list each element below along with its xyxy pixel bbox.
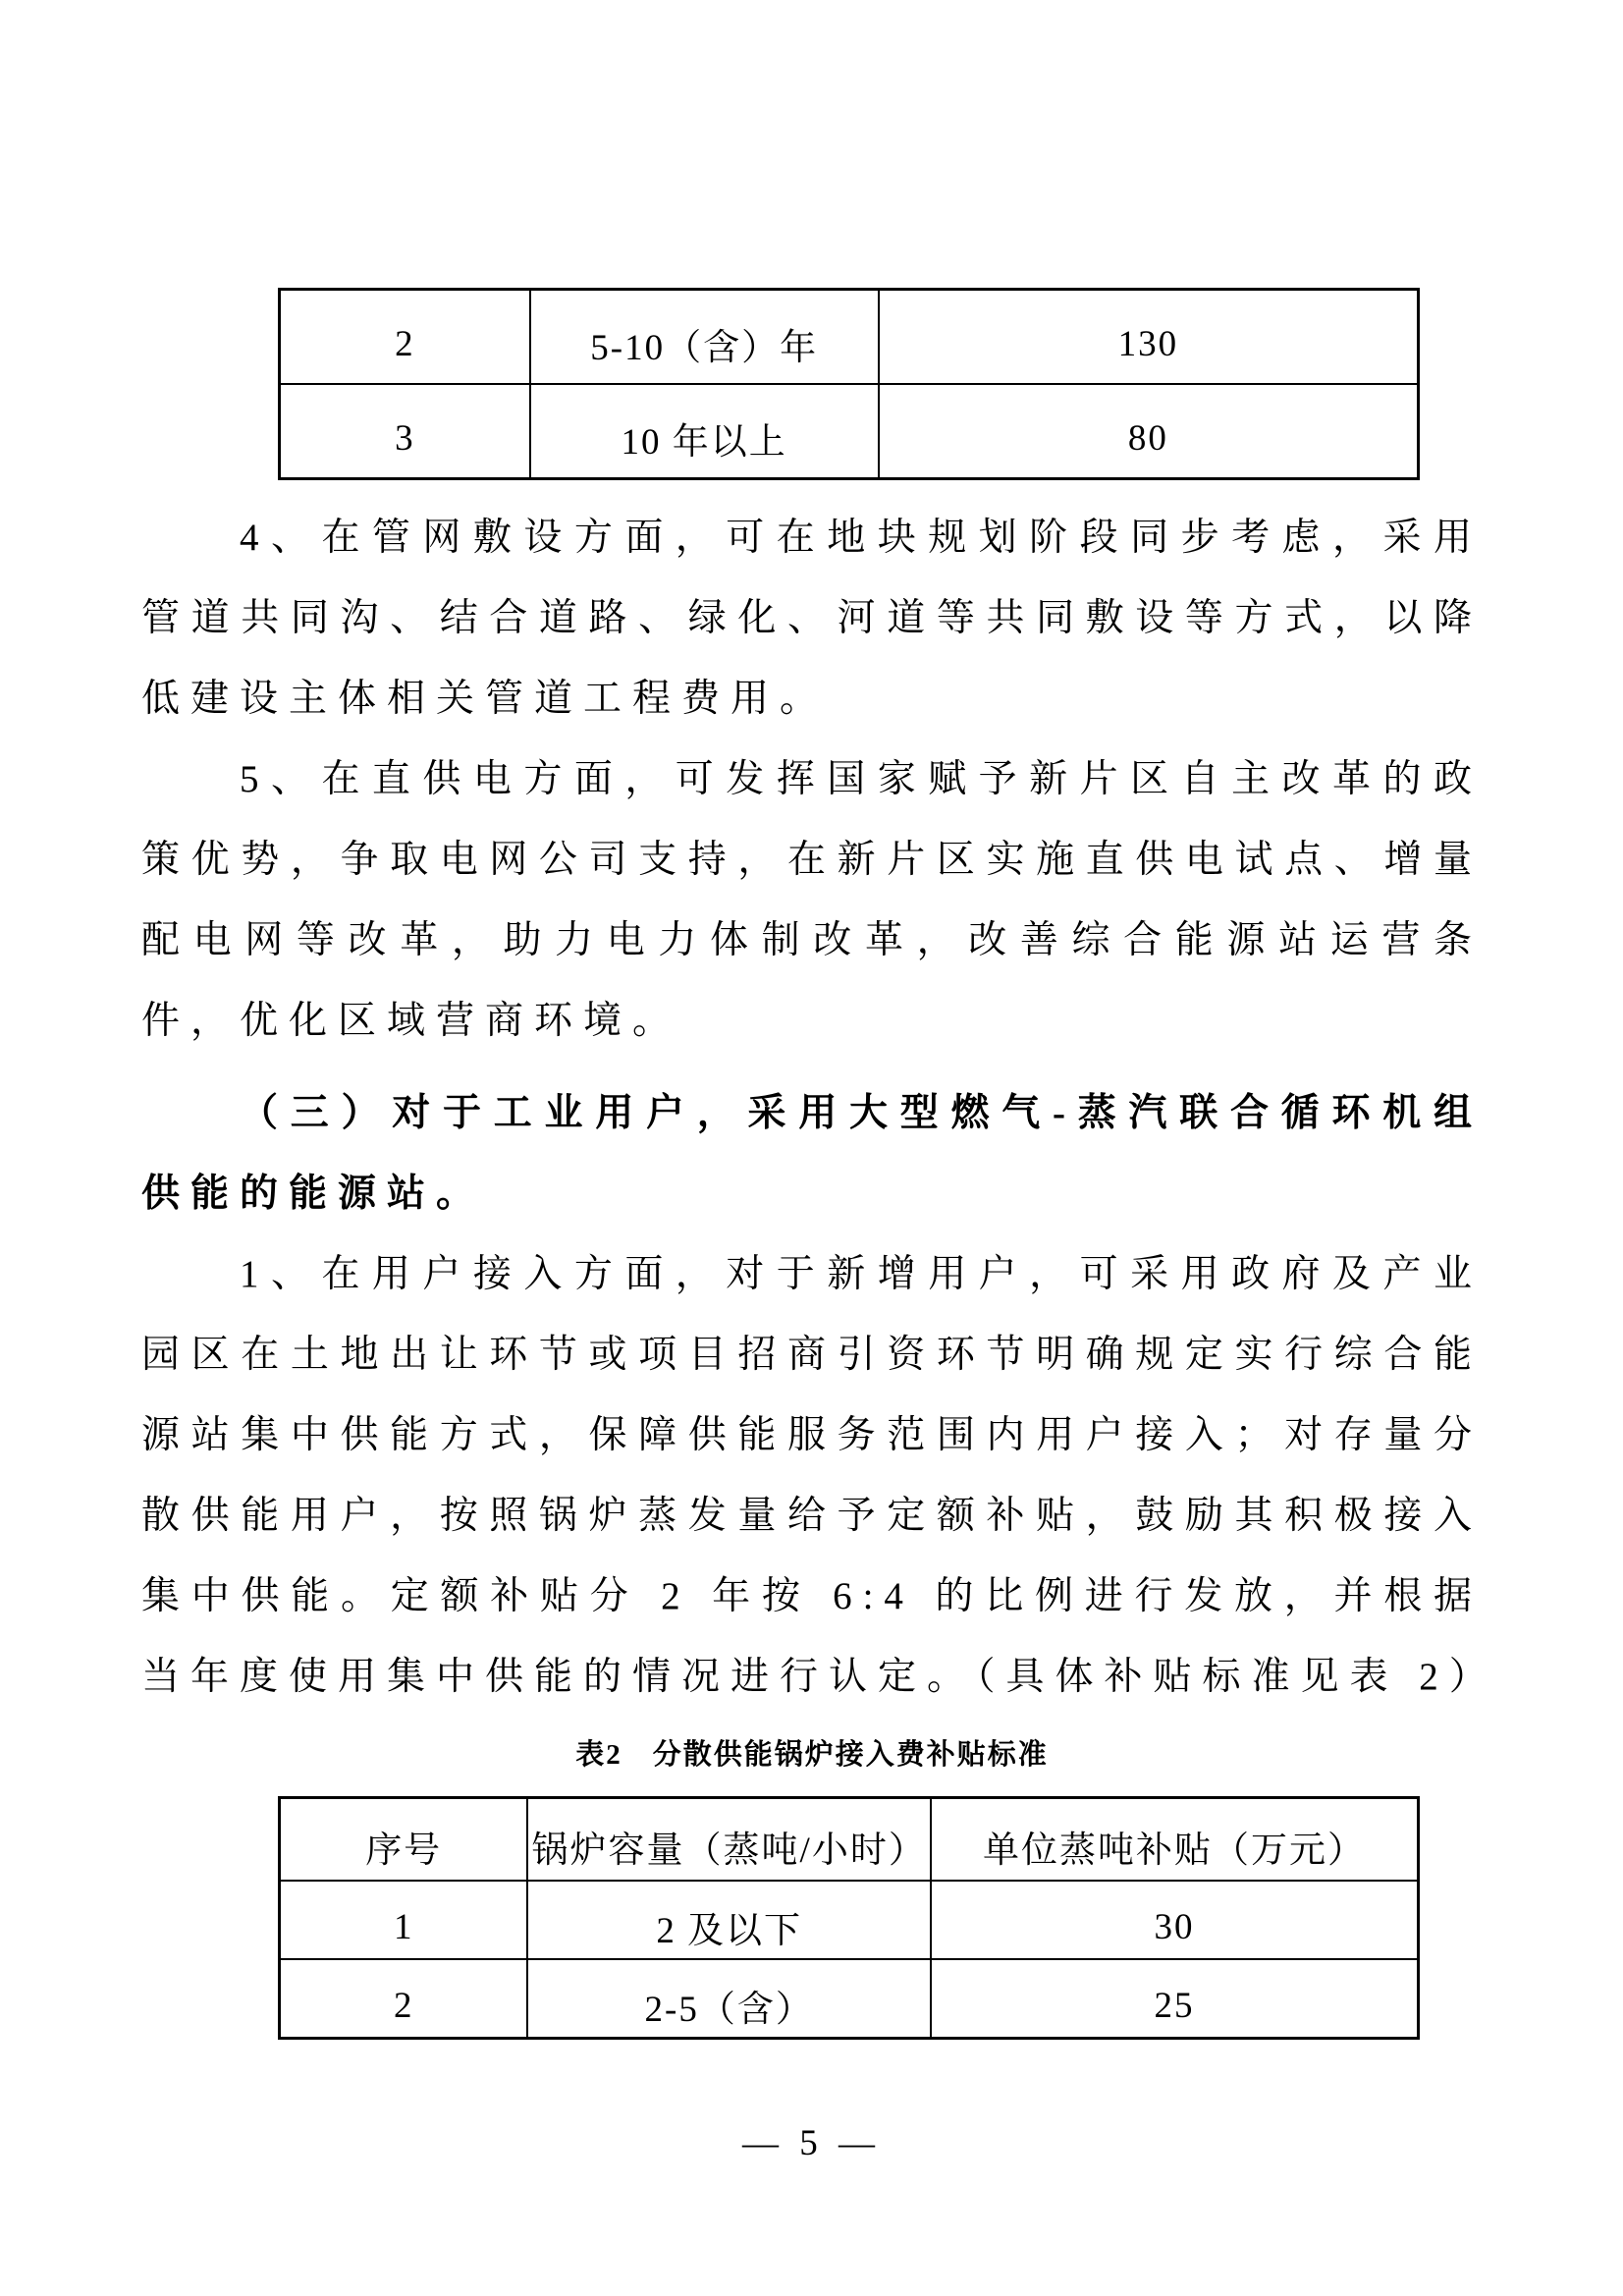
table-cell-index: 2 bbox=[280, 1959, 528, 2039]
table-row: 3 10 年以上 80 bbox=[280, 384, 1419, 479]
table-2-caption: 表2 分散供能锅炉接入费补贴标准 bbox=[141, 1733, 1483, 1777]
table-row: 2 5-10（含）年 130 bbox=[280, 290, 1419, 385]
table-row: 2 2-5（含） 25 bbox=[280, 1959, 1419, 2039]
table-cell-subsidy: 30 bbox=[931, 1881, 1419, 1959]
paragraph-5-direct-power-supply: 5、在直供电方面，可发挥国家赋予新片区自主改革的政策优势，争取电网公司支持，在新… bbox=[141, 739, 1483, 1062]
table-cell-index: 3 bbox=[280, 384, 530, 479]
table-2-boiler-subsidy: 序号 锅炉容量（蒸吨/小时） 单位蒸吨补贴（万元） 1 2 及以下 30 2 2… bbox=[278, 1796, 1420, 2040]
table-cell-index: 2 bbox=[280, 290, 530, 385]
table-header-subsidy: 单位蒸吨补贴（万元） bbox=[931, 1798, 1419, 1882]
table-cell-subsidy: 25 bbox=[931, 1959, 1419, 2039]
table-cell-index: 1 bbox=[280, 1881, 528, 1959]
table-row: 1 2 及以下 30 bbox=[280, 1881, 1419, 1959]
table-cell-duration: 5-10（含）年 bbox=[530, 290, 879, 385]
table-header-index: 序号 bbox=[280, 1798, 528, 1882]
section-heading-3-industrial-users: （三）对于工业用户，采用大型燃气-蒸汽联合循环机组供能的能源站。 bbox=[141, 1073, 1483, 1234]
table-cell-duration: 10 年以上 bbox=[530, 384, 879, 479]
paragraph-1-user-access: 1、在用户接入方面，对于新增用户，可采用政府及产业园区在土地出让环节或项目招商引… bbox=[141, 1234, 1483, 1718]
table-cell-capacity: 2 及以下 bbox=[527, 1881, 931, 1959]
document-page: 2 5-10（含）年 130 3 10 年以上 80 4、在管网敷设方面，可在地… bbox=[141, 0, 1483, 2040]
table-cell-value: 80 bbox=[879, 384, 1419, 479]
table-cell-capacity: 2-5（含） bbox=[527, 1959, 931, 2039]
table-header-capacity: 锅炉容量（蒸吨/小时） bbox=[527, 1798, 931, 1882]
paragraph-4-pipeline-laying: 4、在管网敷设方面，可在地块规划阶段同步考虑，采用管道共同沟、结合道路、绿化、河… bbox=[141, 498, 1483, 739]
page-number: — 5 — bbox=[0, 2119, 1623, 2168]
table-cell-value: 130 bbox=[879, 290, 1419, 385]
table-header-row: 序号 锅炉容量（蒸吨/小时） 单位蒸吨补贴（万元） bbox=[280, 1798, 1419, 1882]
table-1-continuation: 2 5-10（含）年 130 3 10 年以上 80 bbox=[278, 288, 1420, 480]
